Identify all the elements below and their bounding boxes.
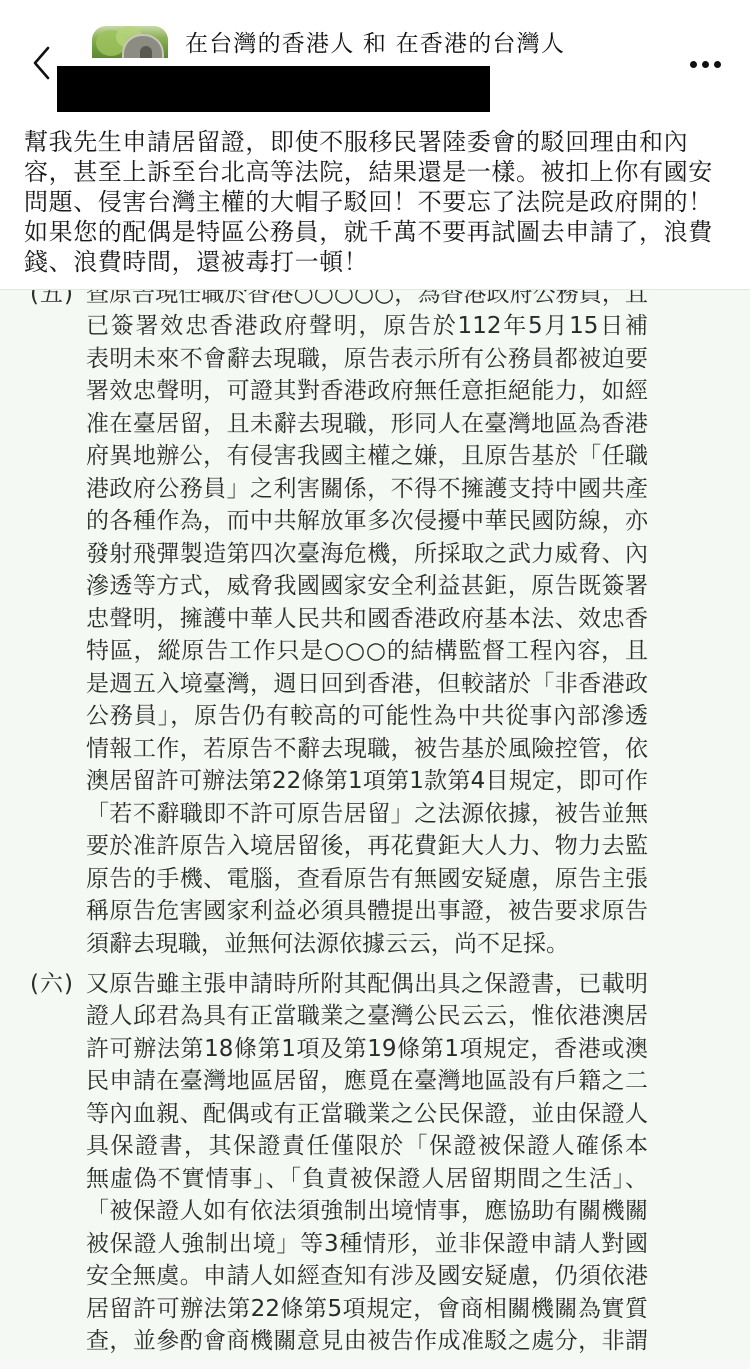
document-line: 要於准許原告入境居留後，再花費鉅大人力、物力去監控 (86, 830, 648, 863)
section-text: 查原告現任職於香港○○○○○，為香港政府公務員，且 已簽署效忠香港政府聲明，原告… (86, 289, 648, 960)
avatar-pavilion-door (140, 46, 152, 58)
document-line: 安全無虞。申請人如經查知有涉及國安疑慮，仍須依港澳 (86, 1260, 648, 1293)
post-line: 如果您的配偶是特區公務員，就千萬不要再試圖去申請了，浪費 (24, 217, 713, 247)
group-name[interactable]: 在台灣的香港人 和 在香港的台灣人 (185, 28, 565, 60)
document-line: 又原告雖主張申請時所附其配偶出具之保證書，已載明保 (86, 968, 648, 1001)
document-line: 表明未來不會辭去現職，原告表示所有公務員都被迫要簽 (86, 343, 648, 376)
post-line: 幫我先生申請居留證，即使不服移民署陸委會的駁回理由和內 (24, 127, 713, 157)
document-line: 是週五入境臺灣，週日回到香港，但較諸於「非香港政府 (86, 668, 648, 701)
more-horizontal-icon (690, 61, 697, 68)
document-line: 須辭去現職，並無何法源依據云云，尚不足採。 (86, 928, 648, 961)
post-line: 錢、浪費時間，還被毒打一頓！ (24, 247, 713, 277)
document-line: 被保證人強制出境」等3種情形，並非保證申請人對國家 (86, 1228, 648, 1261)
attached-document-image[interactable]: (五) 查原告現任職於香港○○○○○，為香港政府公務員，且 已簽署效忠香港政府聲… (0, 289, 750, 1361)
redaction-bar (57, 66, 490, 112)
document-line: 查，並參酌會商機關意見由被告作成准駁之處分，非謂有 (86, 1325, 648, 1358)
document-line: 特區，縱原告工作只是○○○的結構監督工程內容，且只 (86, 635, 648, 668)
document-bottom-edge (0, 1360, 750, 1369)
document-line: 「被保證人如有依法須強制出境情事，應協助有關機關將 (86, 1195, 648, 1228)
more-horizontal-icon (702, 61, 709, 68)
document-line: 查原告現任職於香港○○○○○，為香港政府公務員，且 (86, 289, 648, 310)
document-line: 居留許可辦法第22條第5項規定，會商相關機關為實質審 (86, 1293, 648, 1326)
section-text: 又原告雖主張申請時所附其配偶出具之保證書，已載明保 證人邱君為具有正當職業之臺灣… (86, 968, 648, 1358)
document-line: 准在臺居留，且未辭去現職，形同人在臺灣地區為香港政 (86, 408, 648, 441)
document-line: 無虛偽不實情事」、「負責被保證人居留期間之生活」、 (86, 1163, 648, 1196)
section-label: (五) (30, 289, 74, 310)
post-body: 幫我先生申請居留證，即使不服移民署陸委會的駁回理由和內 容，甚至上訴至台北高等法… (24, 127, 713, 277)
document-line: 原告的手機、電腦，查看原告有無國安疑慮，原告主張指 (86, 863, 648, 896)
chevron-left-icon (30, 45, 54, 81)
document-line: 「若不辭職即不許可原告居留」之法源依據，被告並無必 (86, 798, 648, 831)
document-line: 等內血親、配偶或有正當職業之公民保證，並由保證人出 (86, 1098, 648, 1131)
document-line: 澳居留許可辦法第22條第1項第1款第4目規定，即可作為 (86, 765, 648, 798)
document-line: 民申請在臺灣地區居留，應覓在臺灣地區設有戶籍之二親 (86, 1065, 648, 1098)
document-line: 府異地辦公，有侵害我國主權之嫌，且原告基於「任職香 (86, 440, 648, 473)
document-line: 的各種作為，而中共解放軍多次侵擾中華民國防線，亦曾 (86, 505, 648, 538)
document-line: 港政府公務員」之利害關係，不得不擁護支持中國共產黨 (86, 473, 648, 506)
post-line: 問題、侵害台灣主權的大帽子駁回！不要忘了法院是政府開的！ (24, 187, 713, 217)
back-button[interactable] (30, 45, 54, 81)
document-line: 許可辦法第18條第1項及第19條第1項規定，香港或澳門居 (86, 1033, 648, 1066)
more-options-button[interactable] (684, 54, 726, 74)
document-line: 情報工作，若原告不辭去現職，被告基於風險控管，依港 (86, 733, 648, 766)
document-line: 滲透等方式，威脅我國國家安全利益甚鉅，原告既簽署效 (86, 570, 648, 603)
document-line: 證人邱君為具有正當職業之臺灣公民云云，惟依港澳居留 (86, 1000, 648, 1033)
document-line: 署效忠聲明，可證其對香港政府無任意拒絕能力，如經核 (86, 375, 648, 408)
more-horizontal-icon (714, 61, 721, 68)
group-avatar[interactable] (92, 26, 168, 58)
post-line: 容，甚至上訴至台北高等法院，結果還是一樣。被扣上你有國安 (24, 157, 713, 187)
section-label: (六) (30, 968, 74, 1001)
document-line: 公務員」，原告仍有較高的可能性為中共從事內部滲透或 (86, 700, 648, 733)
document-line: 忠聲明，擁護中華人民共和國香港政府基本法、效忠香港 (86, 603, 648, 636)
document-line: 已簽署效忠香港政府聲明，原告於112年5月15日補件， (86, 310, 648, 343)
document-line: 發射飛彈製造第四次臺海危機，所採取之武力威脅、內部 (86, 538, 648, 571)
document-line: 稱原告危害國家利益必須具體提出事證，被告要求原告必 (86, 895, 648, 928)
document-line: 具保證書，其保證責任僅限於「保證被保證人確係本人， (86, 1130, 648, 1163)
